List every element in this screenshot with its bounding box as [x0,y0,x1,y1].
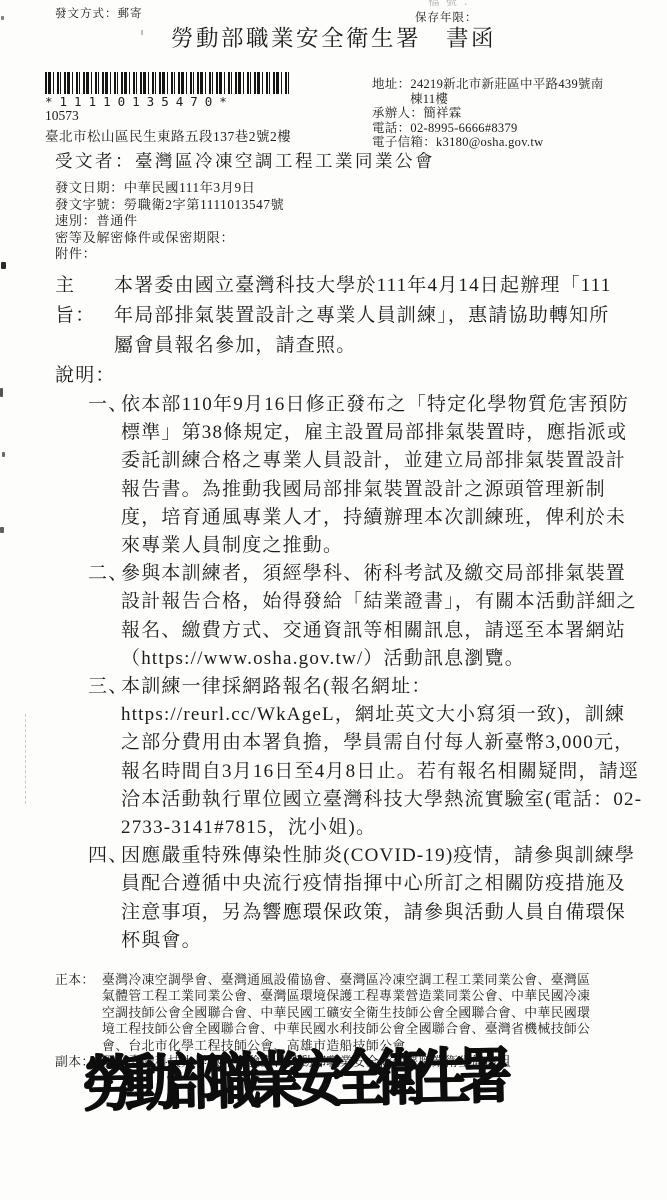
agency-address-line1: 地址：24219新北市新莊區中平路439號南 [372,77,662,92]
explanation-item-4: 四、 因應嚴重特殊傳染性肺炎(COVID-19)疫情，請參與訓練學員配合遵循中央… [55,842,645,955]
explanation-item-1: 一、 依本部110年9月16日修正發布之「特定化學物質危害預防標準」第38條規定… [55,391,645,560]
file-number-label: 檔號： [428,0,481,9]
issue-date: 發文日期：中華民國111年3月9日 [55,180,645,197]
explanation-item-2: 二、 參與本訓練者，須經學科、術科考試及繳交局部排氣裝置設計報告合格，始得發給「… [55,560,645,673]
scan-speck [0,527,4,533]
agency-phone: 電話：02-8995-6666#8379 [372,121,662,136]
recipient-street-address: 臺北市松山區民生東路五段137巷2號2樓 [45,125,291,145]
barcode-text: *11110135470* [45,94,290,109]
scan-speck [0,388,3,397]
item-text: 依本部110年9月16日修正發布之「特定化學物質危害預防標準」第38條規定，雇主… [121,391,645,560]
document-title: 勞動部職業安全衛生署 書函 [0,21,667,53]
agency-contact-block: 地址：24219新北市新莊區中平路439號南 棟11樓 承辦人：簡祥霖 電話：0… [372,77,662,150]
item-text: 因應嚴重特殊傳染性肺炎(COVID-19)疫情，請參與訓練學員配合遵循中央流行疫… [121,842,645,955]
scan-fold-line [25,714,26,804]
security-classification-line: 密等及解密條件或保密期限： [55,230,645,247]
agency-contact-person: 承辦人：簡祥霖 [372,106,662,121]
item-number: 一、 [88,391,121,560]
addressee-line: 受文者：臺灣區冷凍空調工程工業同業公會 [55,148,645,173]
scan-speck [2,452,5,457]
explanation-item-3: 三、 本訓練一律採網路報名(報名網址：https://reurl.cc/WkAg… [55,673,645,842]
item-number: 四、 [88,842,121,955]
item-number: 二、 [88,560,121,673]
letter-body: 受文者：臺灣區冷凍空調工程工業同業公會 發文日期：中華民國111年3月9日 發文… [55,148,645,1070]
item-number: 三、 [88,673,121,842]
item-text: 本訓練一律採網路報名(報名網址：https://reurl.cc/WkAgeL，… [121,673,645,842]
scan-speck [1,262,6,269]
recipient-zip: 10573 [45,108,79,124]
agency-address-line2: 棟11樓 [372,92,662,107]
item-text: 參與本訓練者，須經學科、術科考試及繳交局部排氣裝置設計報告合格，始得發給「結業證… [121,560,645,673]
subject-text: 本署委由國立臺灣科技大學於111年4月14日起辦理「111年局部排氣裝置設計之專… [114,271,614,361]
explanation-label: 說明： [55,361,645,391]
official-letter-scan: 發文方式：郵寄 檔號： 保存年限： 勞動部職業安全衛生署 書函 *1111013… [0,0,667,1200]
barcode-bars [45,72,290,94]
scan-artifact-dot [141,30,143,35]
subject-section: 主旨： 本署委由國立臺灣科技大學於111年4月14日起辦理「111年局部排氣裝置… [55,271,645,361]
reference-number: 發文字號：勞職衛2字第1111013547號 [55,197,645,214]
delivery-method: 發文方式：郵寄 [55,5,143,21]
subject-label: 主旨： [55,271,114,361]
priority-line: 速別：普通件 [55,213,645,230]
attachment-line: 附件： [55,246,645,263]
scan-speck [1,16,4,20]
barcode: *11110135470* [45,72,290,109]
agency-signature-stamp: 勞動部職業安全衛生署 [81,1028,501,1123]
